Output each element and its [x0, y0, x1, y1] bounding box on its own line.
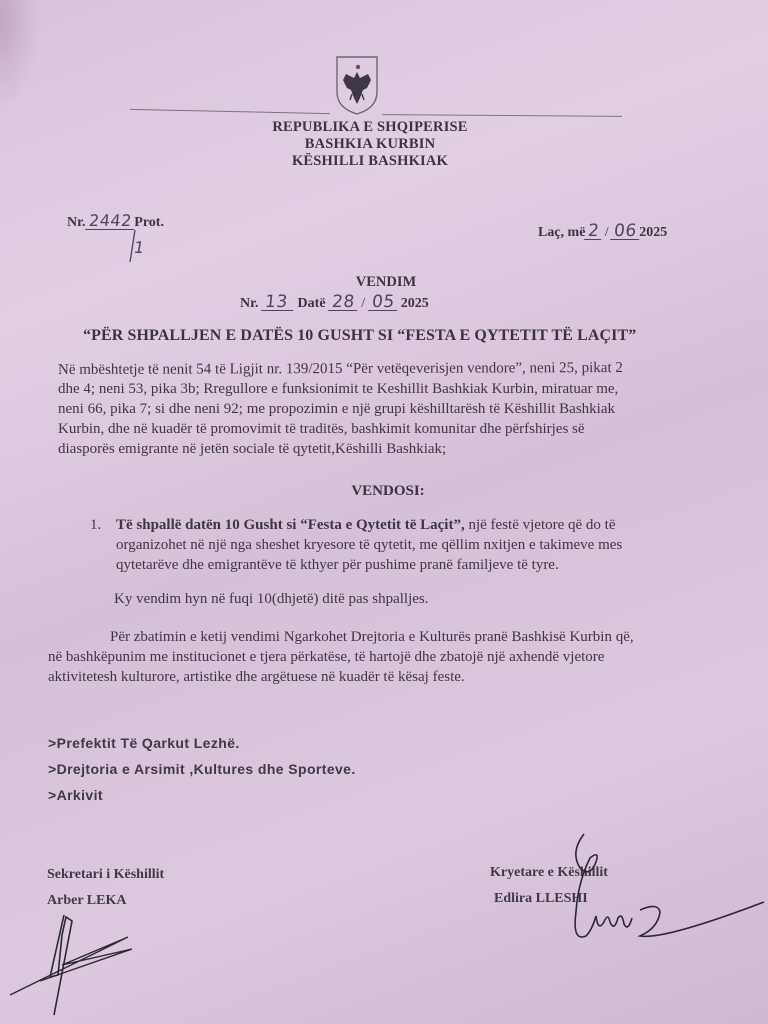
implementation-line: aktivitetesh kulturore, artistike dhe ar…: [48, 667, 634, 687]
preamble-line: dhe 4; neni 53, pika 3b; Rregullore e fu…: [58, 379, 623, 399]
secretary-title: Sekretari i Këshillit: [47, 867, 164, 883]
item-line: organizohet në një nga sheshet kryesore …: [90, 535, 622, 555]
place-date: Laç, më2/062025: [538, 223, 667, 241]
item-number: 1.: [90, 515, 116, 535]
effect-line: Ky vendim hyn në fuqi 10(dhjetë) ditë pa…: [114, 589, 429, 609]
protocol-slash-mark: [126, 228, 138, 268]
distribution-item: >Drejtoria e Arsimit ,Kultures dhe Sport…: [48, 761, 356, 777]
implementation-line: Për zbatimin e ketij vendimi Ngarkohet D…: [48, 627, 634, 647]
decision-heading: VENDIM: [0, 274, 768, 291]
secretary-name: Arber LEKA: [47, 893, 126, 909]
header-line-municipality: BASHKIA KURBIN: [200, 136, 540, 153]
decision-number-value: 13: [261, 294, 295, 311]
preamble-line: Kurbin, dhe në kuadër të promovimit të t…: [58, 419, 623, 439]
implementation-paragraph: Për zbatimin e ketij vendimi Ngarkohet D…: [48, 627, 634, 687]
distribution-item: >Arkivit: [48, 787, 356, 803]
decision-title: “PËR SHPALLJEN E DATËS 10 GUSHT SI “FEST…: [83, 327, 636, 345]
distribution-list: >Prefektit Të Qarkut Lezhë. >Drejtoria e…: [48, 735, 356, 803]
item-line: qytetarëve dhe emigrantëve të kthyer për…: [90, 555, 622, 575]
header-line-republic: REPUBLIKA E SHQIPERISE: [200, 119, 540, 136]
decides-heading: VENDOSI:: [0, 483, 768, 500]
place-date-day: 2: [585, 223, 604, 240]
place-date-month: 06: [610, 223, 640, 240]
document-page: REPUBLIKA E SHQIPERISE BASHKIA KURBIN KË…: [0, 0, 768, 1024]
decision-item-1: 1.Të shpallë datën 10 Gusht si “Festa e …: [90, 515, 622, 575]
preamble-paragraph: Në mbështetje të nenit 54 të Ligjit nr. …: [58, 359, 623, 459]
header-rule-left: [130, 109, 330, 114]
header-title-block: REPUBLIKA E SHQIPERISE BASHKIA KURBIN KË…: [200, 119, 540, 170]
albanian-eagle-emblem-icon: [334, 54, 380, 116]
decision-number-date: Nr. 13 Datë 28 / 05 2025: [240, 294, 429, 312]
item-bold-text: Të shpallë datën 10 Gusht si “Festa e Qy…: [116, 517, 465, 533]
decision-date-day: 28: [328, 294, 358, 311]
distribution-item: >Prefektit Të Qarkut Lezhë.: [48, 735, 356, 751]
preamble-line: diasporës emigrante në jetën sociale të …: [58, 439, 623, 459]
protocol-number: Nr.2442Prot.: [67, 213, 164, 231]
decision-date-month: 05: [368, 294, 398, 311]
paper-fold-shadow: [0, 0, 40, 110]
implementation-line: në bashkëpunim me institucionet e tjera …: [48, 647, 634, 667]
preamble-line: Në mbështetje të nenit 54 të Ligjit nr. …: [58, 358, 623, 380]
chair-signature-icon: [540, 832, 768, 962]
header-rule-right: [382, 114, 622, 117]
secretary-signature-icon: [10, 915, 140, 1020]
preamble-line: neni 66, pika 7; si dhe neni 92; me prop…: [58, 399, 623, 419]
header-line-council: KËSHILLI BASHKIAK: [200, 153, 540, 170]
